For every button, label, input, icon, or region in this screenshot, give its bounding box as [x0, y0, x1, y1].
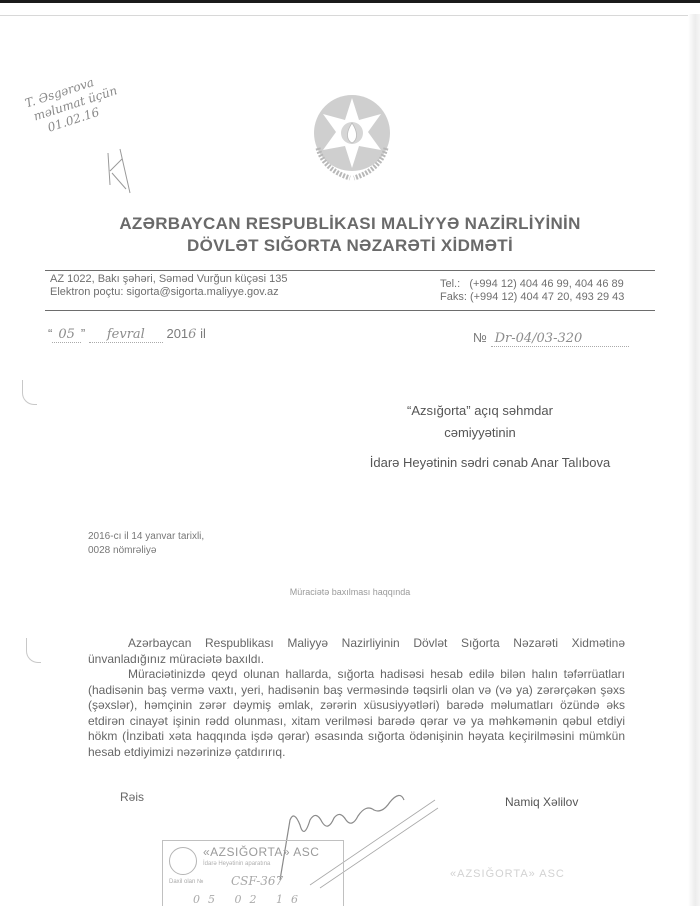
date-day: 05 [52, 327, 81, 343]
addressee-company: “Azsığorta” açıq səhmdar [330, 403, 630, 418]
org-title-line2: DÖVLƏT SIĞORTA NƏZARƏTİ XİDMƏTİ [0, 236, 700, 256]
reference-date: 2016-cı il 14 yanvar tarixli, [88, 530, 204, 544]
doc-number-value: Dr-04/03-320 [491, 331, 629, 347]
header-divider-top [45, 270, 655, 271]
address-block: AZ 1022, Bakı şəhəri, Səməd Vurğun küçəs… [50, 273, 287, 299]
header-divider-bottom [45, 310, 655, 311]
date-year-suffix: 6 [188, 327, 196, 342]
body-paragraph: Azərbaycan Respublikası Maliyyə Nazirliy… [88, 636, 625, 667]
quote-close: ” [81, 326, 85, 341]
body-paragraph: Müraciətinizdə qeyd olunan hallarda, sığ… [88, 667, 625, 760]
org-title-line1: AZƏRBAYCAN RESPUBLİKASI MALİYYƏ NAZİRLİY… [0, 214, 700, 234]
letter-body: Azərbaycan Respublikası Maliyyə Nazirliy… [88, 636, 625, 760]
signatory-name: Namiq Xəlilov [505, 795, 578, 809]
azerbaijan-state-emblem-icon [302, 88, 402, 188]
date-month: fevral [89, 327, 163, 343]
reference-block: 2016-cı il 14 yanvar tarixli, 0028 nömrə… [88, 530, 204, 558]
document-date: “05” fevral 2016 il [48, 326, 206, 343]
addressee-company-cont: cəmiyyətinin [330, 425, 630, 440]
stamp-received-number: CSF-367 [231, 874, 283, 888]
scan-artifact [22, 380, 37, 405]
reference-number: 0028 nömrəliyə [88, 544, 204, 558]
doc-number-label: № [473, 330, 487, 345]
page-right-shadow [688, 14, 700, 906]
initials-mark-icon [100, 145, 140, 195]
incoming-stamp: «AZSIĞORTA» ASC İdarə Heyətinin aparatın… [162, 840, 344, 906]
contact-block: Tel.: (+994 12) 404 46 99, 404 46 89 Fak… [440, 278, 624, 304]
page-edge-line [0, 15, 690, 16]
telephone: Tel.: (+994 12) 404 46 99, 404 46 89 [440, 278, 624, 291]
scan-top-edge [0, 0, 700, 3]
date-year-prefix: 201 [166, 326, 188, 341]
stamp-subtitle: İdarə Heyətinin aparatına [203, 861, 270, 867]
addressee-person: İdarə Heyətinin sədri cənab Anar Talıbov… [340, 455, 640, 470]
stamp-received-date: 05 02 16 [193, 893, 306, 906]
scan-artifact [26, 638, 41, 663]
date-il: il [200, 326, 206, 341]
email-address: Elektron poçtu: sigorta@sigorta.maliyye.… [50, 286, 287, 299]
stamp-seal-icon [169, 847, 197, 875]
stamp-title: «AZSIĞORTA» ASC [203, 845, 319, 859]
fax: Faks: (+994 12) 404 47 20, 493 29 43 [440, 291, 624, 304]
handwritten-note: T. Əsgərova məlumat üçün 01.02.16 [23, 69, 124, 140]
document-number: № Dr-04/03-320 [473, 330, 629, 347]
signatory-role: Rəis [120, 790, 144, 804]
subject-line: Müraciətə baxılması haqqında [0, 587, 700, 597]
postal-address: AZ 1022, Bakı şəhəri, Səməd Vurğun küçəs… [50, 273, 287, 286]
stamp-received-label: Daxil olan № [169, 879, 203, 885]
faint-stamp: «AZSIĞORTA» ASC [450, 868, 565, 880]
